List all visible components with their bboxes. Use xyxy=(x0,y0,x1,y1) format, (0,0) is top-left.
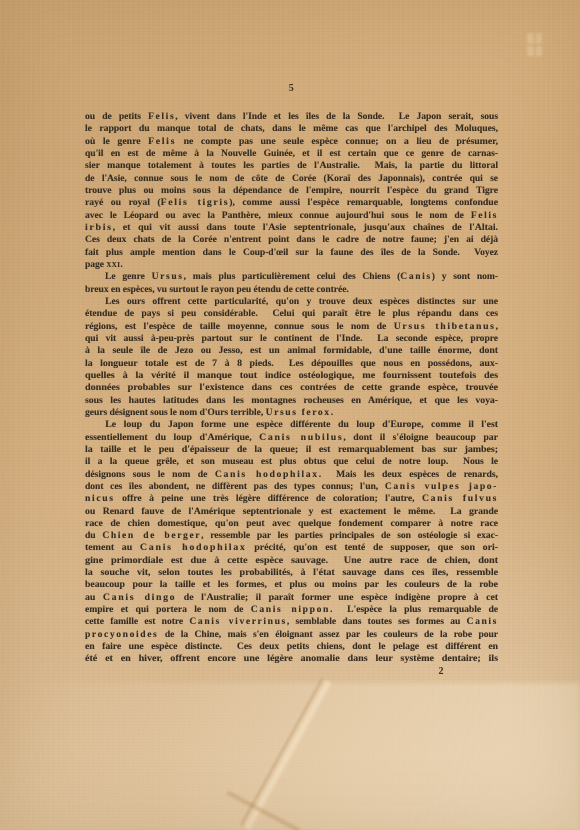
text-line: il a la queue grêle, et son museau est p… xyxy=(85,456,498,468)
text-line: tement au Canis hodophilax précité, qu'o… xyxy=(85,542,498,554)
text-line: à la seule île de Jezo ou Jesso, est un … xyxy=(85,345,498,357)
page-bottom-light-area xyxy=(0,683,580,830)
text-line: fait plus ample mention dans le Coup-d'œ… xyxy=(85,247,498,259)
page-number: 5 xyxy=(85,83,498,94)
text-line: beaucoup pour la taille et les formes, e… xyxy=(85,579,498,591)
text-line: le rapport du manque total de chats, dan… xyxy=(85,123,498,135)
text-line: rayé ou royal (Felis tigris), comme auss… xyxy=(85,197,498,209)
text-line: race de chien domestique, qu'on peut ave… xyxy=(85,518,498,530)
text-line: cette famille est notre Canis viverrinus… xyxy=(85,616,498,628)
fold-crease xyxy=(240,678,333,830)
text-line: dont ces îles abondent, ne diffèrent pas… xyxy=(85,481,498,493)
text-line: la longueur totale est de 7 à 8 pieds. L… xyxy=(85,358,498,370)
text-line: étendue de pays si peu considérable. Cel… xyxy=(85,308,498,320)
text-line: Ces deux chats de la Corée n'entrent poi… xyxy=(85,234,498,246)
text-line: où le genre Felis ne compte pas une seul… xyxy=(85,136,498,148)
text-line: ou de petits Felis, vivent dans l'Inde e… xyxy=(85,111,498,123)
text-line: désignons sous le nom de Canis hodophila… xyxy=(85,469,498,481)
text-line: qu'il en est de même à la Nouvelle Guiné… xyxy=(85,148,498,160)
text-line: en faire une espèce distincte. Ces deux … xyxy=(85,641,498,653)
text-line: gine primordiale est due à cette espèce … xyxy=(85,555,498,567)
embossed-stamp-mark xyxy=(527,33,542,56)
text-line: empire et qui portera le nom de Canis ni… xyxy=(85,604,498,616)
text-line: avec le Léopard ou avec la Panthère, mie… xyxy=(85,210,498,222)
text-line: Le genre Ursus, mais plus particulièreme… xyxy=(85,271,498,283)
text-line: breux en espèces, vu surtout le rayon pe… xyxy=(85,284,498,296)
text-line: quelles à la vérité il manque tout indic… xyxy=(85,370,498,382)
text-line: page xxi. xyxy=(85,259,498,271)
text-line: été et en hiver, offrent encore une légè… xyxy=(85,653,498,665)
text-line: trouve plus ou moins sous la dépendance … xyxy=(85,185,498,197)
text-line: qui vit aussi à-peu-près partout sur le … xyxy=(85,333,498,345)
text-line: données probables sur l'existence dans c… xyxy=(85,382,498,394)
fold-crease-edge xyxy=(227,791,301,830)
text-line: Les ours offrent cette particularité, qu… xyxy=(85,296,498,308)
text-line: procyonoides de la Chine, mais s'en éloi… xyxy=(85,629,498,641)
text-line: la souche vit, selon toutes les probabil… xyxy=(85,567,498,579)
signature-mark: 2 xyxy=(431,666,451,677)
text-line: essentiellement du loup d'Amérique, Cani… xyxy=(85,432,498,444)
text-line: nicus offre à peine une très légère diff… xyxy=(85,493,498,505)
text-line: sous les hautes latitudes dans les monta… xyxy=(85,395,498,407)
text-line: au Canis dingo de l'Australie; il paraît… xyxy=(85,592,498,604)
text-line: du Chien de berger, ressemble par les pa… xyxy=(85,530,498,542)
text-line: de l'Asie, connue sous le nom de côte de… xyxy=(85,173,498,185)
text-line: régions, est l'espèce de taille moyenne,… xyxy=(85,321,498,333)
text-line: sier manque totalement à toutes les part… xyxy=(85,160,498,172)
text-line: geurs désignent sous le nom d'Ours terri… xyxy=(85,407,498,419)
text-block: ou de petits Felis, vivent dans l'Inde e… xyxy=(85,111,498,666)
scanned-book-page: 5 ou de petits Felis, vivent dans l'Inde… xyxy=(0,0,580,830)
text-line: la taille et le peu d'épaisseur de la qu… xyxy=(85,444,498,456)
text-line: Le loup du Japon forme une espèce différ… xyxy=(85,419,498,431)
text-line: irbis, et qui vit aussi dans toute l'Asi… xyxy=(85,222,498,234)
text-line: ou Renard fauve de l'Amérique septentrio… xyxy=(85,506,498,518)
